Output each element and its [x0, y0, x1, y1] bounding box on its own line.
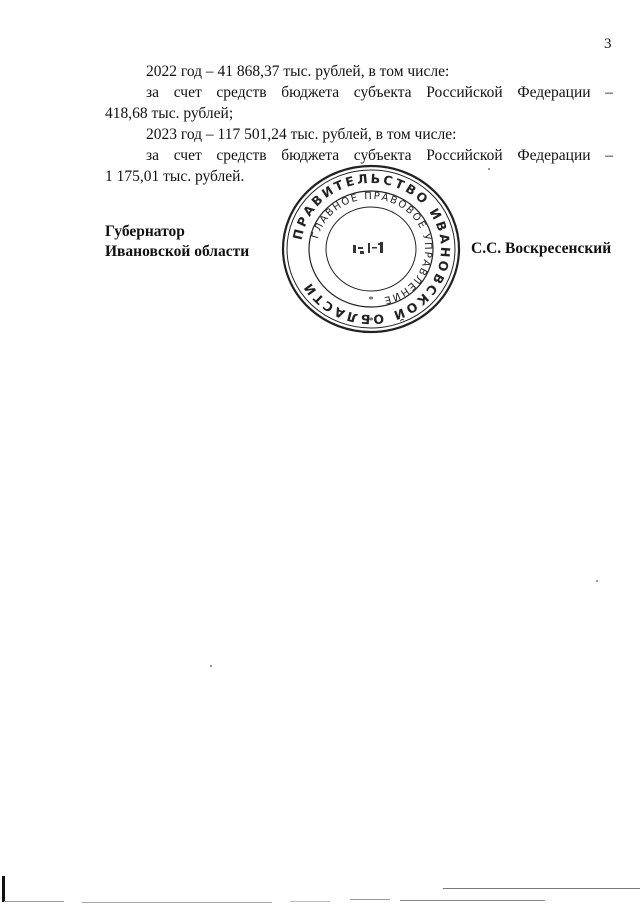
line-2022-budget-amount: 418,68 тыс. рублей;	[105, 103, 233, 124]
signatory-title: Губернатор Ивановской области	[105, 222, 249, 262]
svg-text:*: *	[369, 316, 374, 327]
line-2023-budget-amount: 1 175,01 тыс. рублей.	[105, 166, 244, 187]
scan-speck	[488, 168, 490, 170]
scan-edge-line	[443, 888, 640, 889]
line-2023-total: 2023 год – 117 501,24 тыс. рублей, в том…	[146, 124, 456, 145]
signatory-title-line1: Губернатор	[105, 222, 249, 242]
svg-text:*: *	[369, 295, 374, 306]
page-number: 3	[604, 36, 612, 53]
signatory-title-line2: Ивановской области	[105, 242, 249, 262]
official-stamp: ПРАВИТЕЛЬСТВО ИВАНОВСКОЙ ОБЛАСТИ ГЛАВНОЕ…	[280, 163, 462, 335]
scan-edge-bar	[2, 876, 5, 902]
scan-edge-line	[400, 900, 545, 901]
scan-edge-line	[290, 901, 330, 902]
scan-edge-line	[4, 901, 64, 902]
line-2022-total: 2022 год – 41 868,37 тыс. рублей, в том …	[146, 61, 449, 82]
scan-speck	[596, 580, 598, 582]
line-2022-budget: за счет средств бюджета субъекта Российс…	[146, 82, 613, 103]
signatory-name: С.С. Воскресенский	[471, 240, 611, 258]
scan-speck	[210, 665, 212, 667]
svg-text:ГЛАВНОЕ ПРАВОВОЕ УПРАВЛЕНИЕ: ГЛАВНОЕ ПРАВОВОЕ УПРАВЛЕНИЕ	[310, 191, 433, 306]
scan-edge-line	[350, 899, 390, 900]
scan-edge-line	[82, 902, 272, 903]
